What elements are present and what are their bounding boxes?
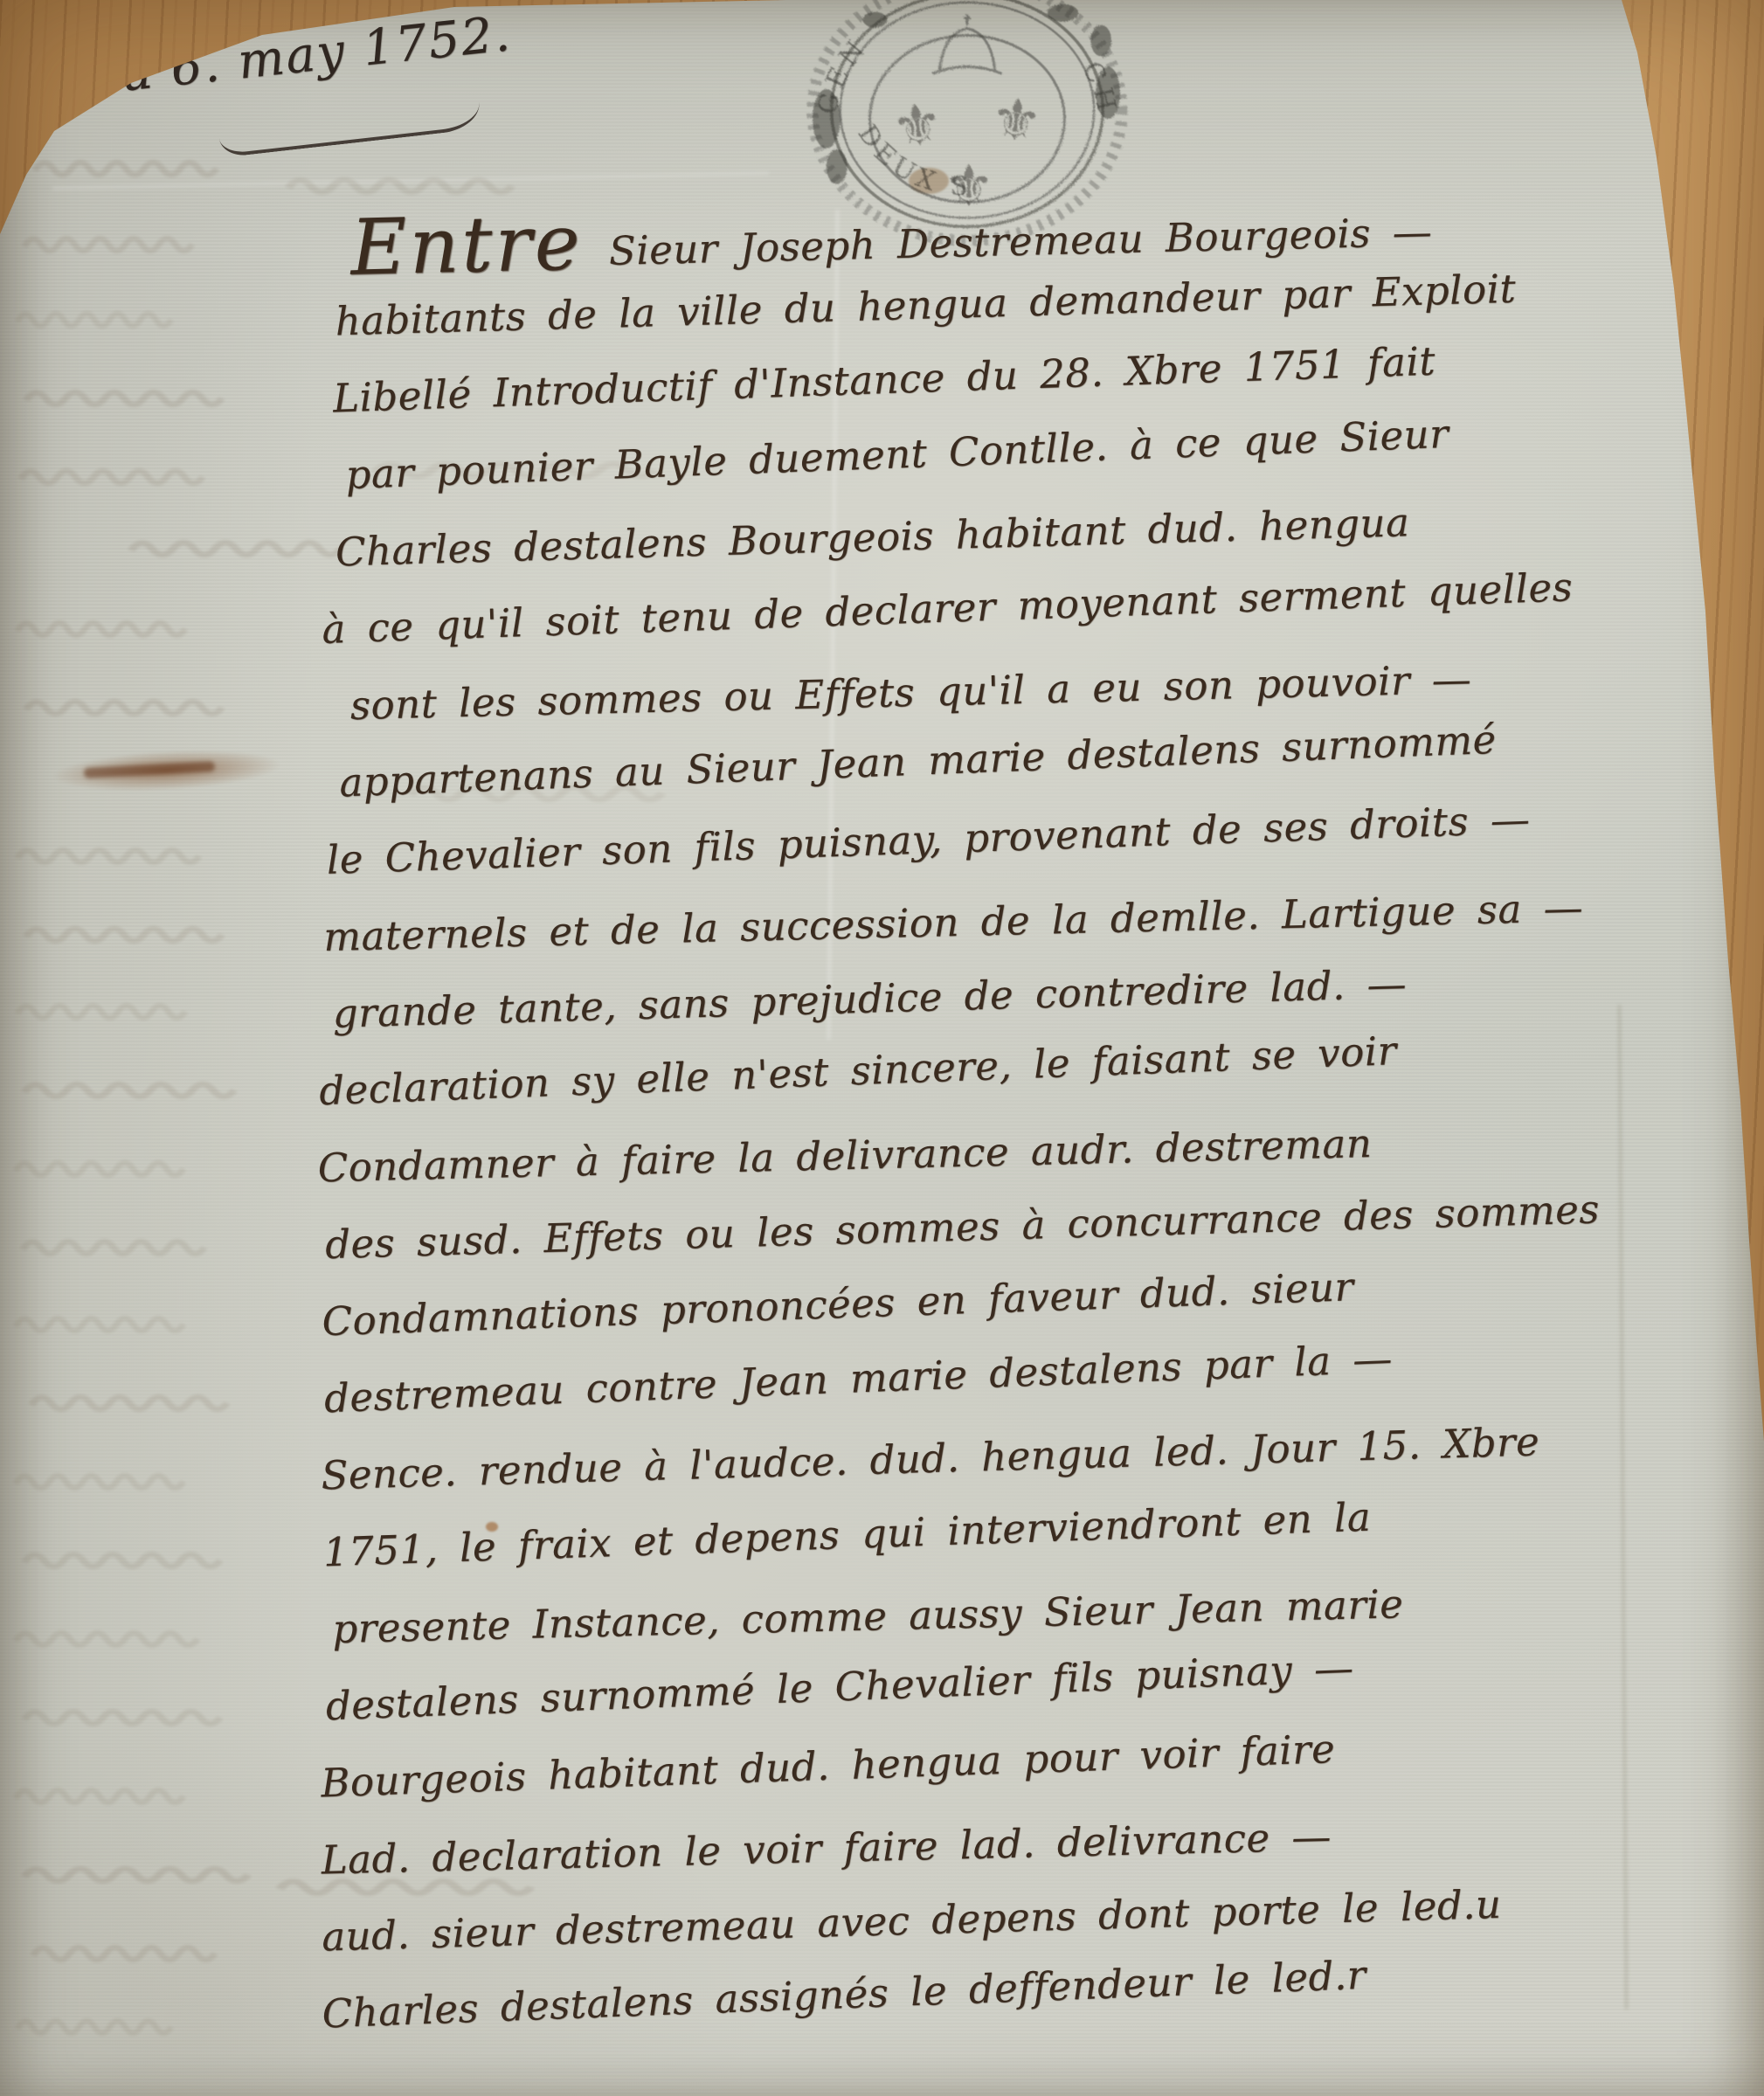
date-underline-flourish — [217, 88, 481, 157]
paper-crease — [1618, 1005, 1628, 2010]
rust-ink-blot — [53, 745, 280, 795]
paper-crease — [52, 172, 769, 189]
opening-word: Entre — [349, 197, 584, 293]
svg-text:⚜: ⚜ — [987, 85, 1045, 156]
wood-table: ⚜ ⚜ ⚜ GEN CH DEUX S Du 6. may 1752. — [0, 0, 1764, 2096]
manuscript-text: EntreSieur Joseph Destremeau Bourgeois —… — [284, 172, 1622, 2052]
date-heading: Du 6. may 1752. — [77, 5, 514, 107]
paper-sheet: ⚜ ⚜ ⚜ GEN CH DEUX S Du 6. may 1752. — [0, 0, 1764, 2096]
